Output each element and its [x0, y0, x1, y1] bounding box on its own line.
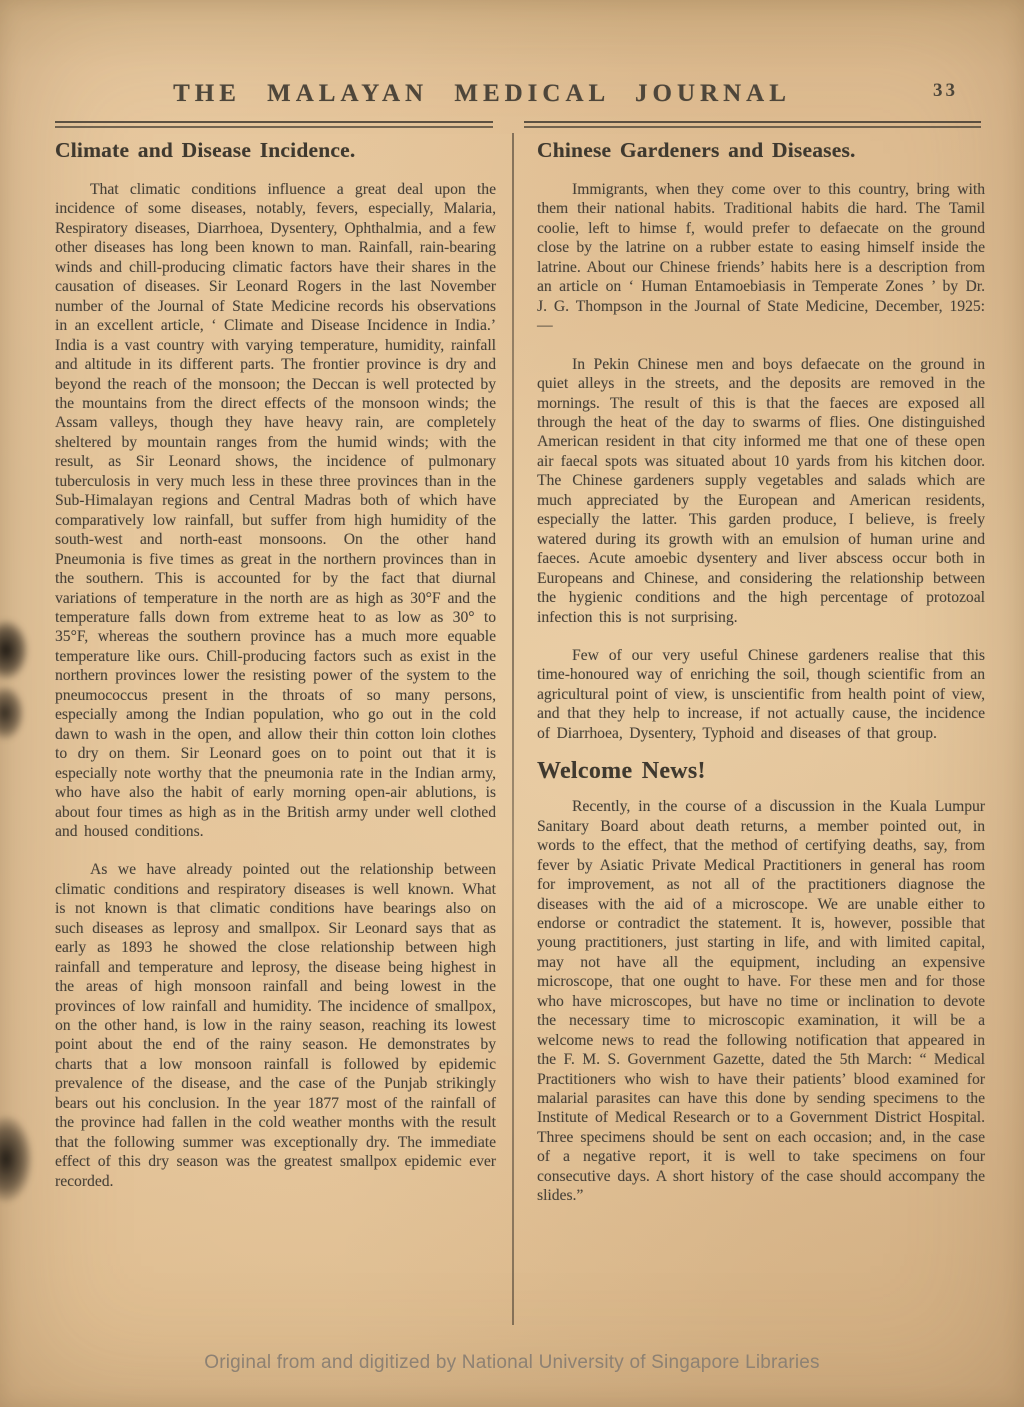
header-double-rule-right — [524, 121, 981, 128]
scanned-journal-page: THE MALAYAN MEDICAL JOURNAL 33 Climate a… — [0, 0, 1024, 1407]
ink-blot — [0, 686, 24, 740]
journal-title: THE MALAYAN MEDICAL JOURNAL — [0, 80, 964, 108]
ink-blot — [0, 1116, 32, 1202]
header-double-rule-left — [55, 121, 493, 128]
paragraph: In Pekin Chinese men and boys defaecate … — [537, 355, 985, 627]
article-heading-climate: Climate and Disease Incidence. — [55, 138, 496, 163]
paragraph: As we have already pointed out the relat… — [55, 860, 496, 1191]
paragraph: Recently, in the course of a discussion … — [537, 797, 985, 1206]
article-heading-gardeners: Chinese Gardeners and Diseases. — [537, 138, 985, 163]
paragraph: That climatic conditions influence a gre… — [55, 180, 496, 841]
article-heading-welcome-news: Welcome News! — [537, 758, 985, 785]
ink-blot — [0, 620, 28, 680]
digitization-credit: Original from and digitized by National … — [0, 1352, 1024, 1374]
page-number: 33 — [933, 80, 958, 102]
column-divider-line — [512, 133, 514, 1325]
paragraph: Few of our very useful Chinese gardeners… — [537, 646, 985, 743]
right-column: Chinese Gardeners and Diseases. Immigran… — [537, 138, 985, 1206]
left-column: Climate and Disease Incidence. That clim… — [55, 138, 496, 1191]
paragraph: Immigrants, when they come over to this … — [537, 180, 985, 336]
